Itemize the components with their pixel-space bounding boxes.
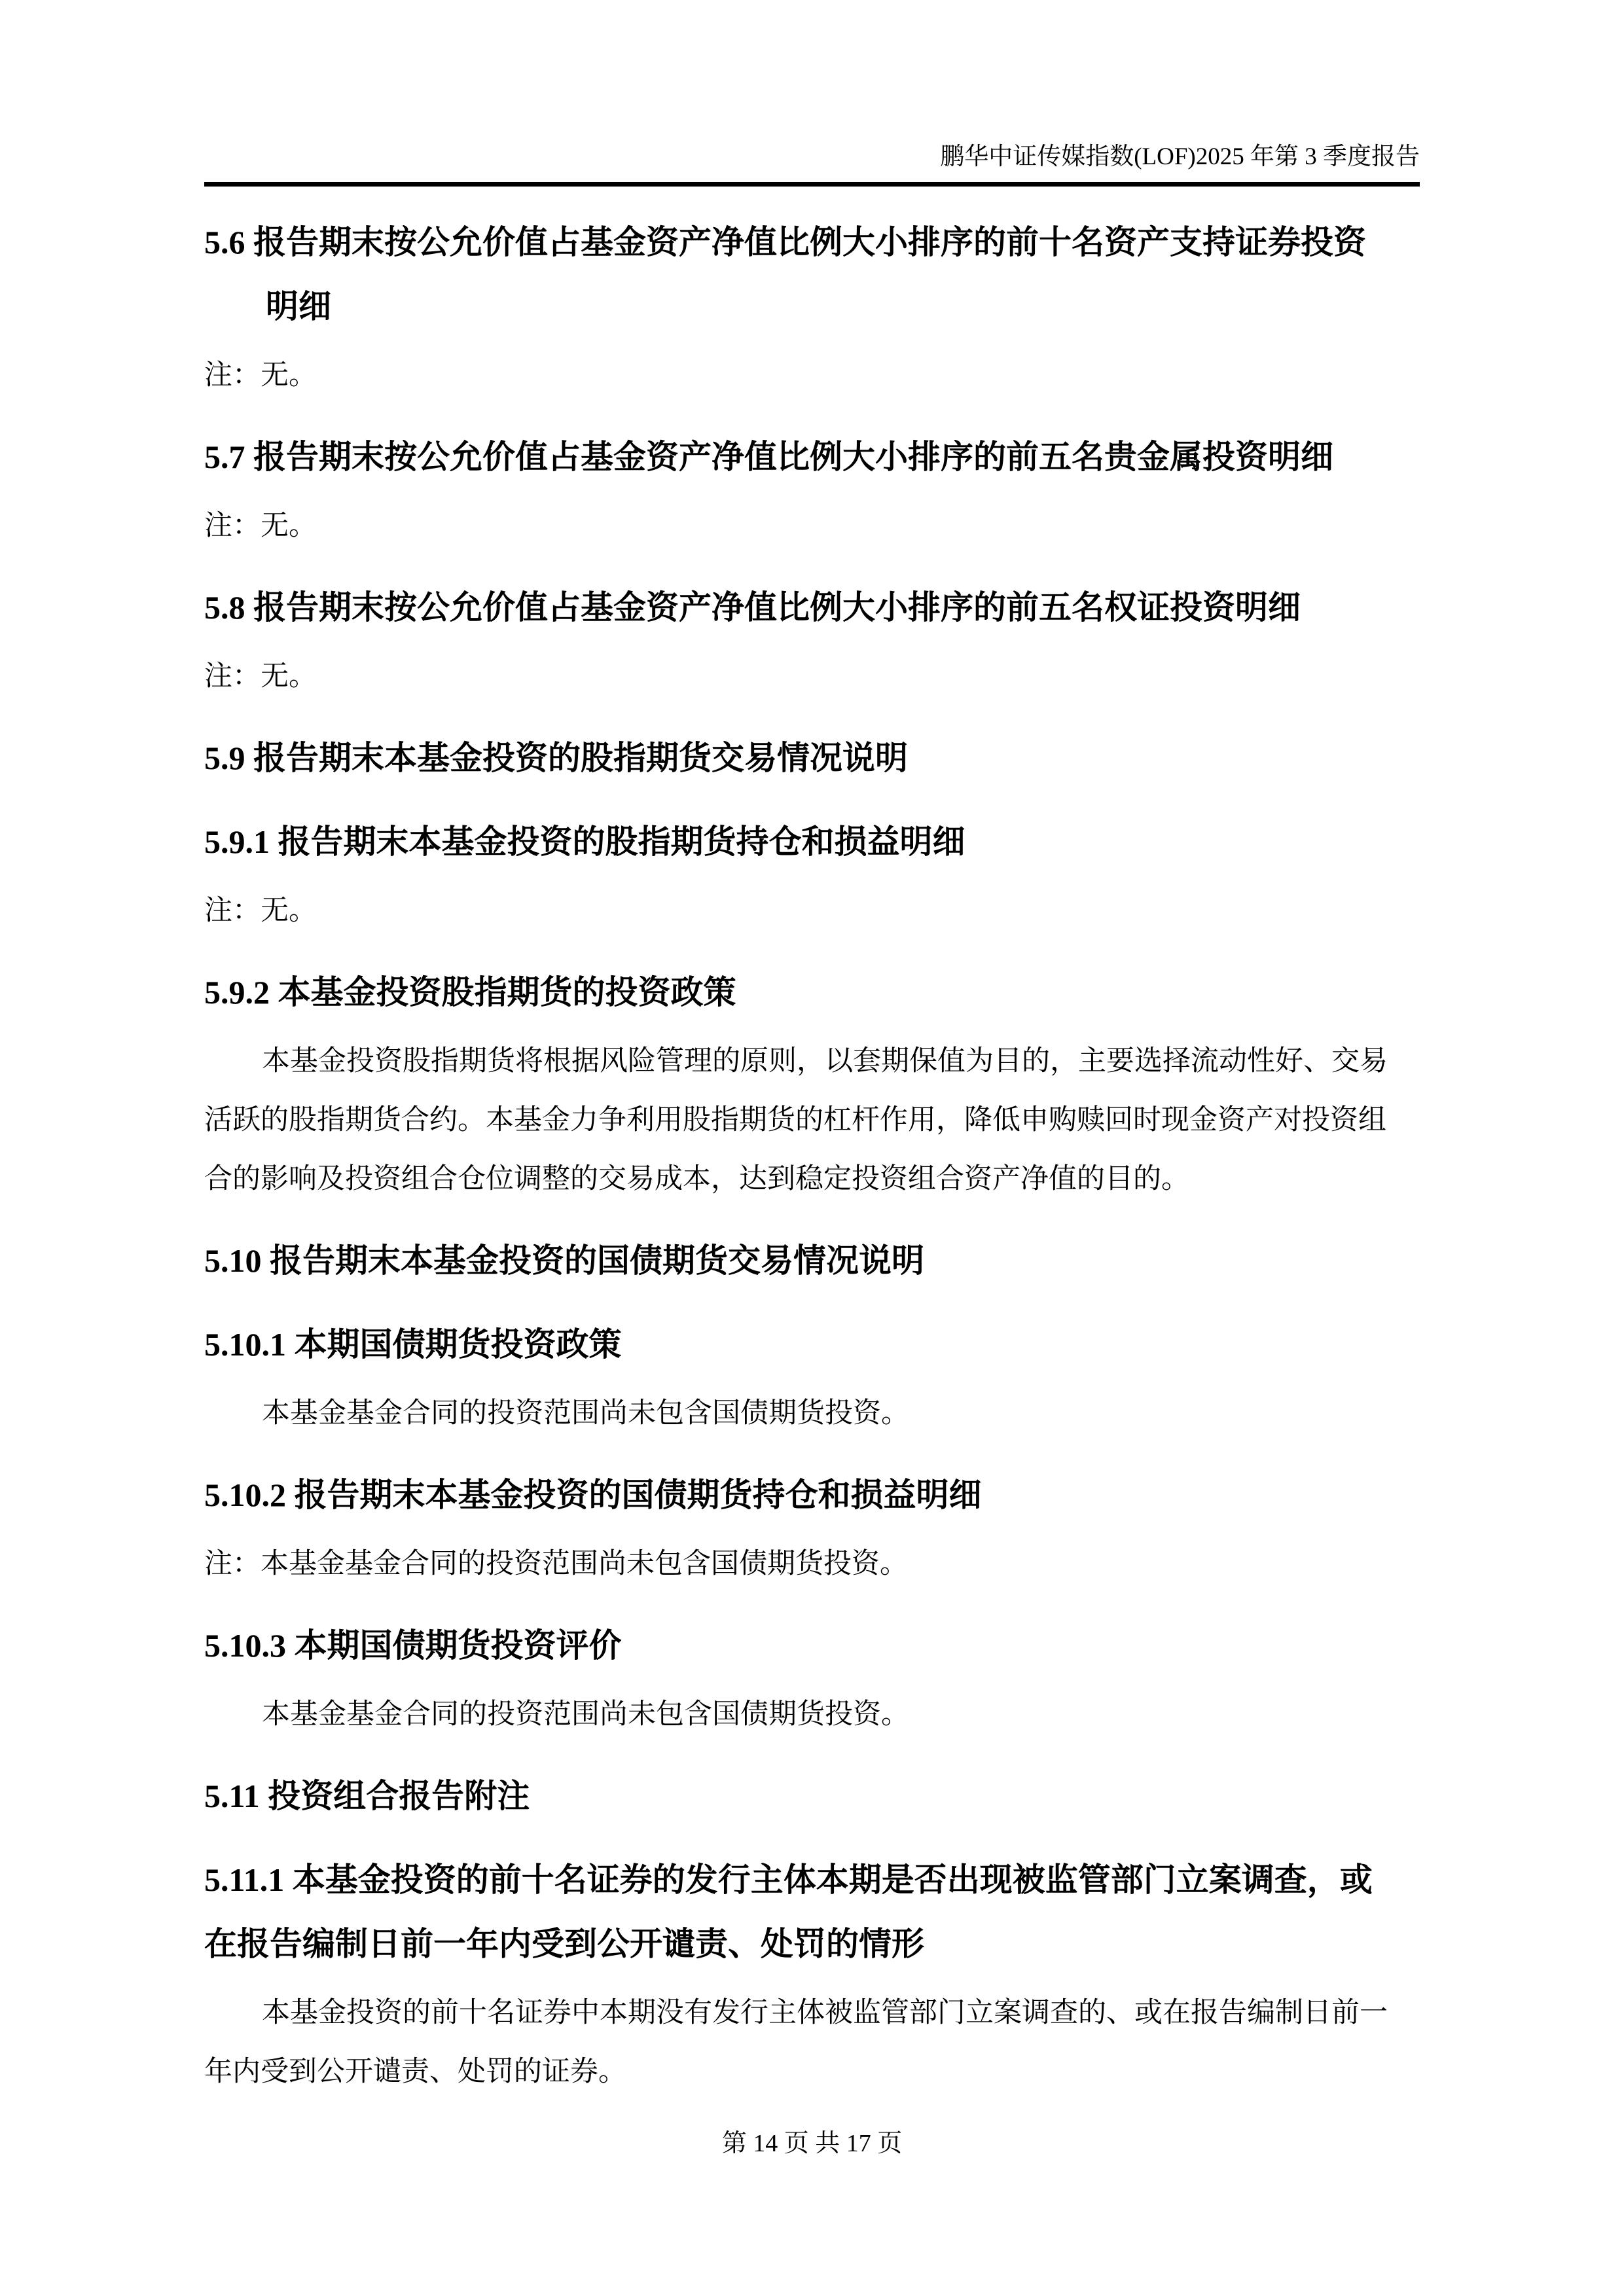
page-header: 鹏华中证传媒指数(LOF)2025 年第 3 季度报告 — [204, 110, 1420, 187]
section-heading-5-8: 5.8 报告期末按公允价值占基金资产净值比例大小排序的前五名权证投资明细 — [204, 575, 1420, 639]
section-heading-5-9-2: 5.9.2 本基金投资股指期货的投资政策 — [204, 960, 1420, 1024]
note-5-7: 注：无。 — [204, 497, 1420, 556]
paragraph-5-9-2: 本基金投资股指期货将根据风险管理的原则，以套期保值为目的，主要选择流动性好、交易… — [204, 1032, 1420, 1209]
page-number-text: 第 14 页 共 17 页 — [722, 2130, 903, 2157]
page-content: 5.6 报告期末按公允价值占基金资产净值比例大小排序的前十名资产支持证券投资 明… — [204, 187, 1420, 2102]
paragraph-5-10-3: 本基金基金合同的投资范围尚未包含国债期货投资。 — [204, 1685, 1420, 1744]
section-heading-5-11-1: 5.11.1 本基金投资的前十名证券的发行主体本期是否出现被监管部门立案调查，或… — [204, 1848, 1420, 1976]
report-page: 鹏华中证传媒指数(LOF)2025 年第 3 季度报告 5.6 报告期末按公允价… — [0, 0, 1624, 2296]
section-heading-5-7: 5.7 报告期末按公允价值占基金资产净值比例大小排序的前五名贵金属投资明细 — [204, 425, 1420, 489]
paragraph-5-10-1: 本基金基金合同的投资范围尚未包含国债期货投资。 — [204, 1384, 1420, 1443]
section-heading-5-9: 5.9 报告期末本基金投资的股指期货交易情况说明 — [204, 726, 1420, 790]
note-5-8: 注：无。 — [204, 647, 1420, 706]
note-5-6: 注：无。 — [204, 346, 1420, 405]
page-header-title: 鹏华中证传媒指数(LOF)2025 年第 3 季度报告 — [940, 143, 1420, 170]
section-heading-5-6: 5.6 报告期末按公允价值占基金资产净值比例大小排序的前十名资产支持证券投资 明… — [204, 210, 1420, 338]
note-5-9-1: 注：无。 — [204, 882, 1420, 941]
section-heading-5-10-1: 5.10.1 本期国债期货投资政策 — [204, 1312, 1420, 1376]
paragraph-5-11-1: 本基金投资的前十名证券中本期没有发行主体被监管部门立案调查的、或在报告编制日前一… — [204, 1984, 1420, 2102]
section-heading-5-9-1: 5.9.1 报告期末本基金投资的股指期货持仓和损益明细 — [204, 810, 1420, 874]
page-footer: 第 14 页 共 17 页 — [0, 2127, 1624, 2160]
section-heading-5-10: 5.10 报告期末本基金投资的国债期货交易情况说明 — [204, 1229, 1420, 1293]
note-5-10-2: 注：本基金基金合同的投资范围尚未包含国债期货投资。 — [204, 1535, 1420, 1594]
section-heading-5-10-2: 5.10.2 报告期末本基金投资的国债期货持仓和损益明细 — [204, 1463, 1420, 1527]
section-heading-5-11: 5.11 投资组合报告附注 — [204, 1764, 1420, 1828]
section-heading-5-10-3: 5.10.3 本期国债期货投资评价 — [204, 1613, 1420, 1677]
